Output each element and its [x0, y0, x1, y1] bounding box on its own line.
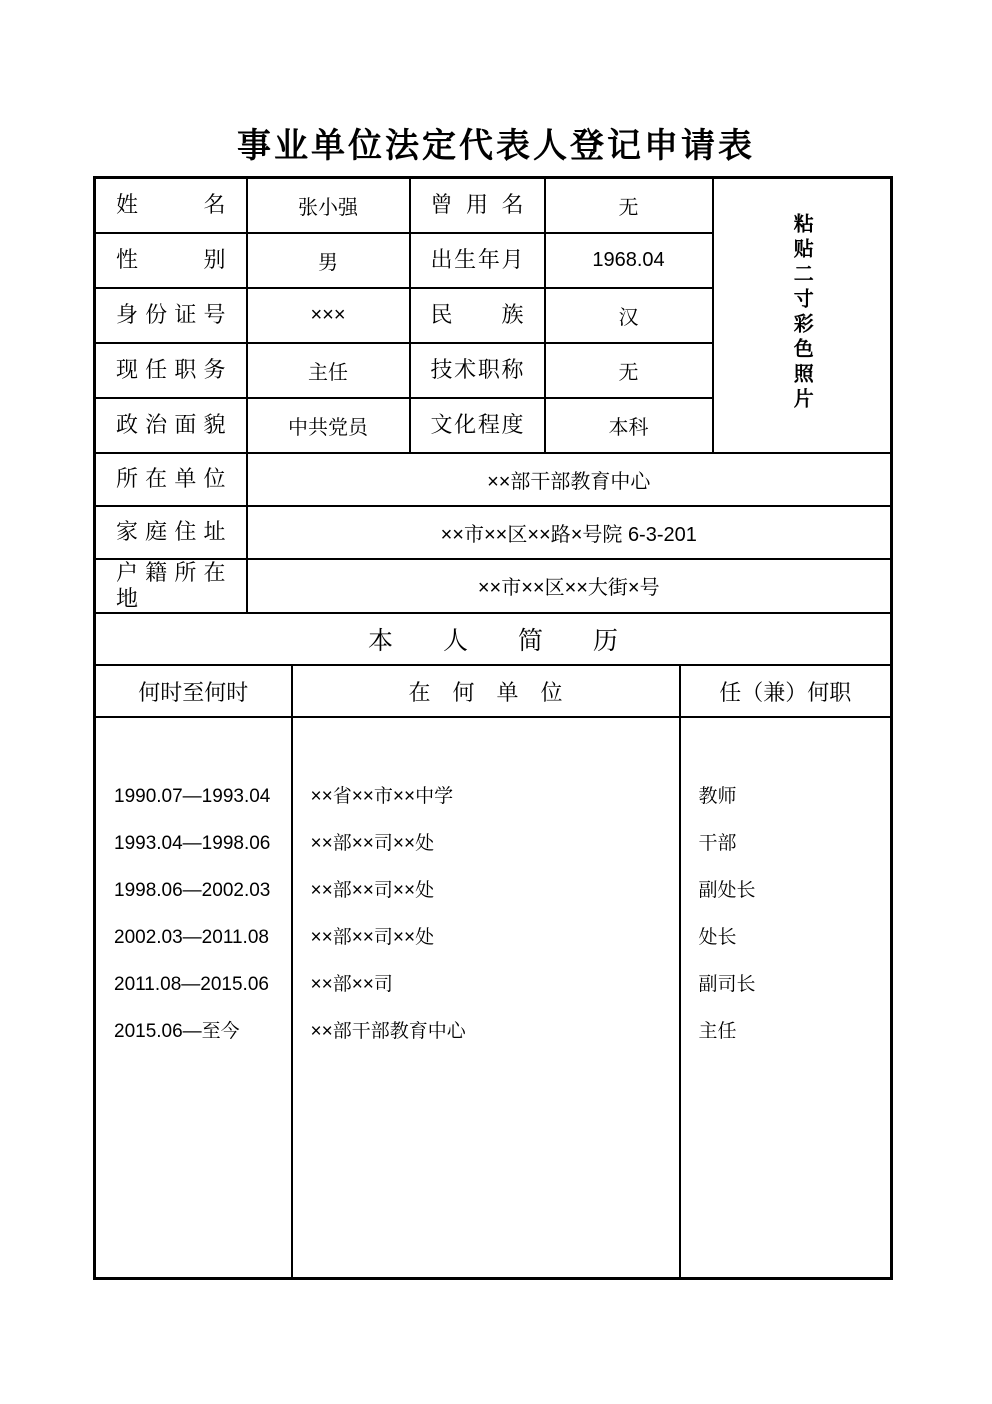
- resume-entry-position: 副司长: [681, 961, 891, 1008]
- political-status-value: 中共党员: [247, 398, 410, 453]
- gender-value: 男: [247, 233, 410, 288]
- resume-entry-unit: ××部××司: [293, 961, 679, 1008]
- current-position-value: 主任: [247, 343, 410, 398]
- resume-entry-period: 1990.07—1993.04: [96, 773, 291, 820]
- work-unit-label: 所在单位: [95, 453, 247, 506]
- info-row: 所在单位 ××部干部教育中心: [95, 453, 892, 506]
- home-address-label: 家庭住址: [95, 506, 247, 559]
- resume-position-column: 教师 干部 副处长 处长 副司长 主任: [680, 717, 892, 1278]
- resume-entry-period: 2002.03—2011.08: [96, 914, 291, 961]
- resume-header-period: 何时至何时: [95, 665, 292, 717]
- resume-body-row: 1990.07—1993.04 1993.04—1998.06 1998.06—…: [95, 717, 892, 1278]
- info-row: 家庭住址 ××市××区××路×号院 6-3-201: [95, 506, 892, 559]
- technical-title-label: 技术职称: [410, 343, 545, 398]
- resume-entry-period: 1998.06—2002.03: [96, 867, 291, 914]
- resume-header-position: 任（兼）何职: [680, 665, 892, 717]
- registered-residence-value: ××市××区××大街×号: [247, 559, 892, 614]
- resume-entry-period: 1993.04—1998.06: [96, 820, 291, 867]
- photo-box: 粘贴二寸彩色照片: [713, 178, 892, 453]
- photo-box-label: 粘贴二寸彩色照片: [787, 213, 816, 413]
- form-title: 事业单位法定代表人登记申请表: [0, 118, 992, 167]
- id-number-value: ×××: [247, 288, 410, 343]
- resume-entry-position: 教师: [681, 773, 891, 820]
- ethnicity-label: 民族: [410, 288, 545, 343]
- resume-entry-unit: ××部××司××处: [293, 820, 679, 867]
- resume-header-unit: 在 何 单 位: [292, 665, 680, 717]
- former-name-label: 曾用名: [410, 178, 545, 233]
- ethnicity-value: 汉: [545, 288, 713, 343]
- resume-entry-unit: ××省××市××中学: [293, 773, 679, 820]
- resume-entry-position: 处长: [681, 914, 891, 961]
- registration-form-table: 姓名 张小强 曾用名 无 粘贴二寸彩色照片 性别 男 出生年月 1968.04 …: [93, 176, 893, 1280]
- resume-entry-unit: ××部干部教育中心: [293, 1008, 679, 1055]
- id-number-label: 身份证号: [95, 288, 247, 343]
- birth-date-value: 1968.04: [545, 233, 713, 288]
- resume-section-title: 本 人 简 历: [95, 613, 892, 665]
- political-status-label: 政治面貌: [95, 398, 247, 453]
- resume-entry-period: 2015.06—至今: [96, 1008, 291, 1055]
- resume-period-column: 1990.07—1993.04 1993.04—1998.06 1998.06—…: [95, 717, 292, 1278]
- resume-entry-unit: ××部××司××处: [293, 914, 679, 961]
- name-value: 张小强: [247, 178, 410, 233]
- technical-title-value: 无: [545, 343, 713, 398]
- resume-entry-period: 2011.08—2015.06: [96, 961, 291, 1008]
- current-position-label: 现任职务: [95, 343, 247, 398]
- work-unit-value: ××部干部教育中心: [247, 453, 892, 506]
- resume-section-row: 本 人 简 历: [95, 613, 892, 665]
- resume-entry-position: 主任: [681, 1008, 891, 1055]
- info-row: 户籍所在地 ××市××区××大街×号: [95, 559, 892, 614]
- former-name-value: 无: [545, 178, 713, 233]
- resume-entry-position: 副处长: [681, 867, 891, 914]
- resume-unit-column: ××省××市××中学 ××部××司××处 ××部××司××处 ××部××司××处…: [292, 717, 680, 1278]
- info-row: 姓名 张小强 曾用名 无 粘贴二寸彩色照片: [95, 178, 892, 233]
- home-address-value: ××市××区××路×号院 6-3-201: [247, 506, 892, 559]
- document-page: 事业单位法定代表人登记申请表 姓名 张小强 曾用名 无 粘贴二寸彩色照片 性别 …: [0, 0, 992, 1404]
- resume-entry-unit: ××部××司××处: [293, 867, 679, 914]
- gender-label: 性别: [95, 233, 247, 288]
- resume-entry-position: 干部: [681, 820, 891, 867]
- name-label: 姓名: [95, 178, 247, 233]
- education-value: 本科: [545, 398, 713, 453]
- birth-date-label: 出生年月: [410, 233, 545, 288]
- registered-residence-label: 户籍所在地: [95, 559, 247, 614]
- resume-header-row: 何时至何时 在 何 单 位 任（兼）何职: [95, 665, 892, 717]
- education-label: 文化程度: [410, 398, 545, 453]
